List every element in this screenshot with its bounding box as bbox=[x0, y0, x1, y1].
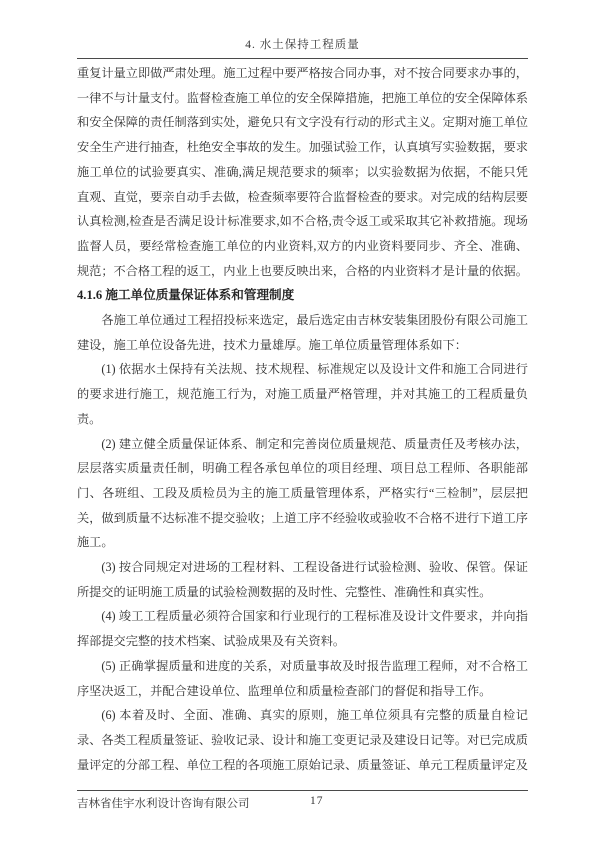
body-paragraph: (2) 建立健全质量保证体系、制定和完善岗位质量规范、质量责任及考核办法，层层落… bbox=[77, 432, 528, 556]
body-paragraph: 各施工单位通过工程招投标来选定，最后选定由吉林安装集团股份有限公司施工建设，施工… bbox=[77, 308, 528, 357]
body-paragraph: (1) 依据水土保持有关法规、技术规程、标准规定以及设计文件和施工合同进行的要求… bbox=[77, 357, 528, 431]
document-body: 重复计量立即做严肃处理。施工过程中要严格按合同办事，对不按合同要求办事的，一律不… bbox=[77, 61, 528, 777]
section-heading: 4.1.6 施工单位质量保证体系和管理制度 bbox=[77, 283, 528, 308]
body-paragraph: (3) 按合同规定对进场的工程材料、工程设备进行试验检测、验收、保管。保证所提交… bbox=[77, 555, 528, 604]
page-header: 4. 水土保持工程质量 bbox=[77, 36, 528, 59]
header-title: 4. 水土保持工程质量 bbox=[245, 39, 360, 51]
body-paragraph: 重复计量立即做严肃处理。施工过程中要严格按合同办事，对不按合同要求办事的，一律不… bbox=[77, 61, 528, 283]
body-paragraph: (6) 本着及时、全面、准确、真实的原则，施工单位须具有完整的质量自检记录、各类… bbox=[77, 703, 528, 777]
document-page: 4. 水土保持工程质量 重复计量立即做严肃处理。施工过程中要严格按合同办事，对不… bbox=[0, 0, 601, 850]
body-paragraph: (5) 正确掌握质量和进度的关系，对质量事故及时报告监理工程师，对不合格工序坚决… bbox=[77, 654, 528, 703]
body-paragraph: (4) 竣工工程质量必须符合国家和行业现行的工程标准及设计文件要求，并向指挥部提… bbox=[77, 604, 528, 653]
page-footer: 吉林省佳宇水利设计咨询有限公司 17 bbox=[77, 790, 528, 811]
page-number: 17 bbox=[310, 795, 324, 807]
footer-company: 吉林省佳宇水利设计咨询有限公司 bbox=[77, 795, 250, 811]
